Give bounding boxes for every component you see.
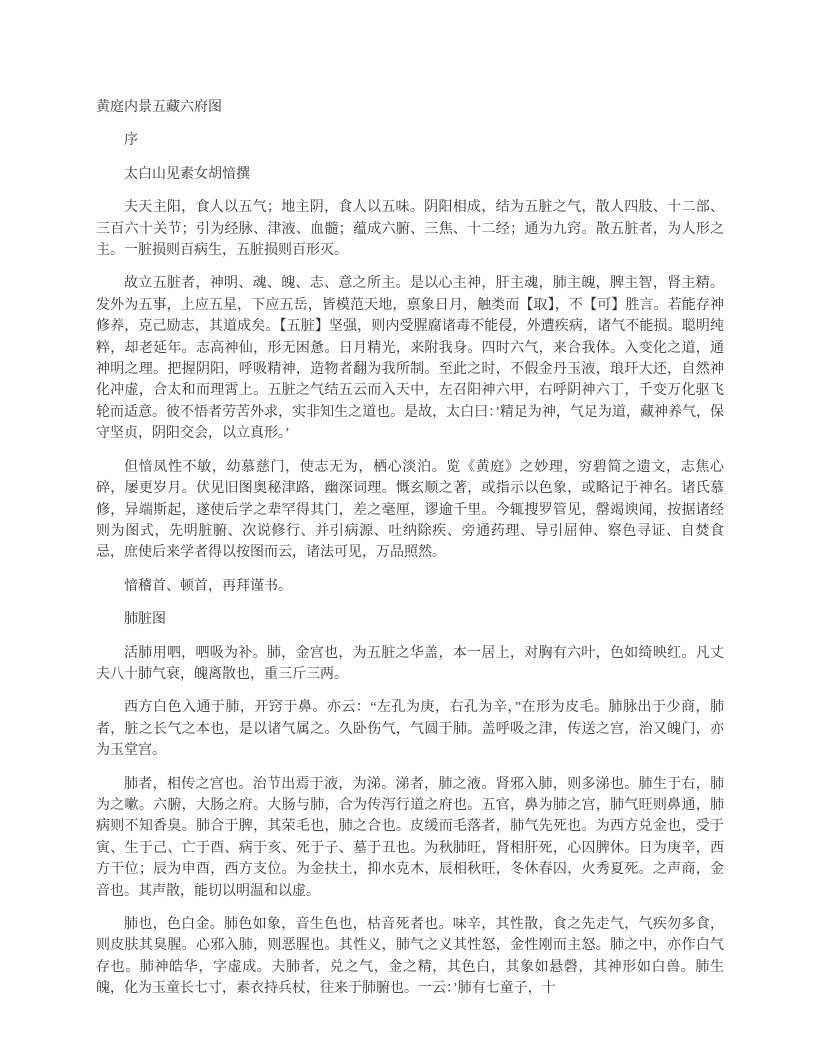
lung-paragraph-3: 肺者，相传之宫也。治节出焉于液，为涕。涕者，肺之液。肾邪入肺，则多涕也。肺生于右… [96, 774, 724, 902]
document-title: 黄庭内景五藏六府图 [96, 97, 724, 118]
preface-paragraph-3: 但愔凤性不敏，幼慕慈门，使志无为，栖心淡泊。览《黄庭》之妙理，穷碧简之遗文，志焦… [96, 457, 724, 564]
author-line: 太白山见素女胡愔撰 [96, 164, 724, 185]
preface-closing-line: 愔稽首、顿首，再拜谨书。 [96, 576, 724, 597]
lung-paragraph-1: 活肺用呬，呬吸为补。肺，金宫也，为五脏之华盖，本一居上，对胸有六叶，色如绮映红。… [96, 643, 724, 686]
lung-paragraph-2: 西方白色入通于肺，开窍于鼻。亦云：“左孔为庚，右孔为辛，”在形为皮毛。肺脉出于少… [96, 697, 724, 761]
lung-section-heading: 肺脏图 [96, 609, 724, 630]
preface-paragraph-1: 夫天主阳，食人以五气；地主阴，食人以五味。阴阳相成，结为五脏之气，散人四肢、十二… [96, 197, 724, 261]
document-page: 黄庭内景五藏六府图 序 太白山见素女胡愔撰 夫天主阳，食人以五气；地主阴，食人以… [0, 0, 816, 1056]
preface-heading: 序 [96, 130, 724, 151]
lung-paragraph-4: 肺也，色白金。肺色如象，音生色也，枯音死者也。味辛，其性散，食之先走气，气疾勿多… [96, 914, 724, 1000]
preface-paragraph-2: 故立五脏者，神明、魂、魄、志、意之所主。是以心主神，肝主魂，肺主魄，脾主智，肾主… [96, 273, 724, 444]
